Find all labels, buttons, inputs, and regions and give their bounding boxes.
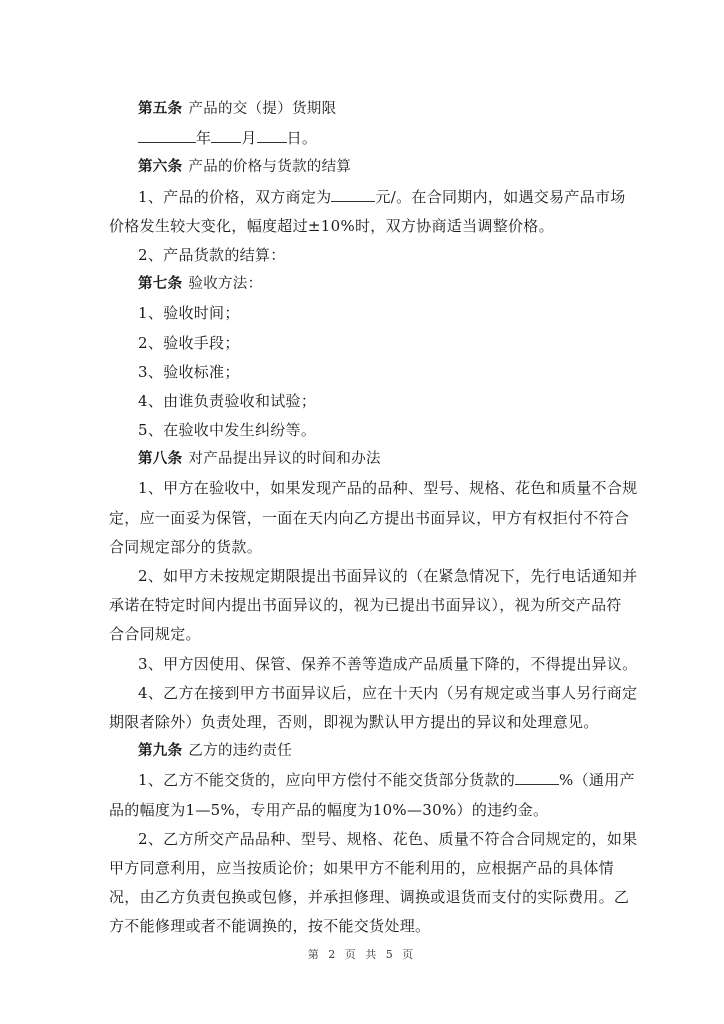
- text-segment: 1、乙方不能交货的，应向甲方偿付不能交货部分货款的: [138, 771, 515, 789]
- paragraph-line: 1、甲方在验收中，如果发现产品的品种、型号、规格、花色和质量不合规: [109, 474, 617, 503]
- article-title: 验收方法：: [188, 276, 262, 292]
- month-label: 月: [241, 129, 256, 147]
- day-label: 日。: [287, 129, 318, 147]
- paragraph-line: 定，应一面妥为保管，一面在天内向乙方提出书面异议，甲方有权拒付不符合: [109, 504, 617, 533]
- paragraph-line: 方不能修理或者不能调换的，按不能交货处理。: [109, 912, 617, 941]
- article-number: 第九条: [138, 743, 182, 759]
- paragraph-line: 2、乙方所交产品品种、型号、规格、花色、质量不符合合同规定的，如果: [109, 825, 617, 854]
- year-label: 年: [196, 129, 211, 147]
- paragraph-line: 2、如甲方未按规定期限提出书面异议的（在紧急情况下，先行电话通知并: [109, 562, 617, 591]
- text-segment: %（通用产: [559, 771, 635, 789]
- article-7-heading: 第七条验收方法：: [109, 270, 617, 299]
- article-6-heading: 第六条产品的价格与货款的结算: [109, 153, 617, 182]
- document-page: 第五条产品的交（提）货期限 年月日。 第六条产品的价格与货款的结算 1、产品的价…: [109, 95, 617, 941]
- article-9-heading: 第九条乙方的违约责任: [109, 737, 617, 766]
- list-item: 3、验收标准；: [109, 358, 617, 387]
- list-item: 2、验收手段；: [109, 329, 617, 358]
- article-title: 乙方的违约责任: [188, 743, 292, 759]
- article-number: 第七条: [138, 276, 182, 292]
- paragraph-line: 合合同规定。: [109, 620, 617, 649]
- article-5-heading: 第五条产品的交（提）货期限: [109, 95, 617, 124]
- article-title: 产品的价格与货款的结算: [188, 159, 351, 175]
- paragraph-line: 价格发生较大变化，幅度超过±10%时，双方协商适当调整价格。: [109, 212, 617, 241]
- paragraph-line: 甲方同意利用，应当按质论价；如果甲方不能利用的，应根据产品的具体情: [109, 854, 617, 883]
- paragraph-line: 1、乙方不能交货的，应向甲方偿付不能交货部分货款的%（通用产: [109, 766, 617, 795]
- article-8-heading: 第八条对产品提出异议的时间和办法: [109, 445, 617, 474]
- delivery-date-line: 年月日。: [109, 124, 617, 153]
- list-item: 4、由谁负责验收和试验；: [109, 387, 617, 416]
- article-title: 产品的交（提）货期限: [188, 101, 336, 117]
- list-item: 1、验收时间；: [109, 299, 617, 328]
- article-number: 第八条: [138, 451, 182, 467]
- text-segment: 元/。在合同期内，如遇交易产品市场: [375, 188, 625, 206]
- text-segment: 1、产品的价格，双方商定为: [138, 188, 331, 206]
- paragraph-line: 品的幅度为1—5%，专用产品的幅度为10%—30%）的违约金。: [109, 796, 617, 825]
- paragraph-line: 合同规定部分的货款。: [109, 533, 617, 562]
- paragraph-line: 2、产品货款的结算：: [109, 241, 617, 270]
- page-footer: 第 2 页 共 5 页: [0, 946, 724, 962]
- paragraph-line: 况，由乙方负责包换或包修，并承担修理、调换或退货而支付的实际费用。乙: [109, 883, 617, 912]
- paragraph-line: 期限者除外）负责处理，否则，即视为默认甲方提出的异议和处理意见。: [109, 708, 617, 737]
- list-item: 5、在验收中发生纠纷等。: [109, 416, 617, 445]
- article-title: 对产品提出异议的时间和办法: [188, 451, 380, 467]
- day-blank: [257, 128, 287, 143]
- article-number: 第五条: [138, 101, 182, 117]
- price-blank: [331, 187, 375, 202]
- paragraph-line: 承诺在特定时间内提出书面异议的，视为已提出书面异议），视为所交产品符: [109, 591, 617, 620]
- year-blank: [138, 128, 196, 143]
- percent-blank: [515, 770, 559, 785]
- paragraph-line: 3、甲方因使用、保管、保养不善等造成产品质量下降的，不得提出异议。: [109, 650, 617, 679]
- paragraph-line: 1、产品的价格，双方商定为元/。在合同期内，如遇交易产品市场: [109, 183, 617, 212]
- month-blank: [211, 128, 241, 143]
- article-number: 第六条: [138, 159, 182, 175]
- paragraph-line: 4、乙方在接到甲方书面异议后，应在十天内（另有规定或当事人另行商定: [109, 679, 617, 708]
